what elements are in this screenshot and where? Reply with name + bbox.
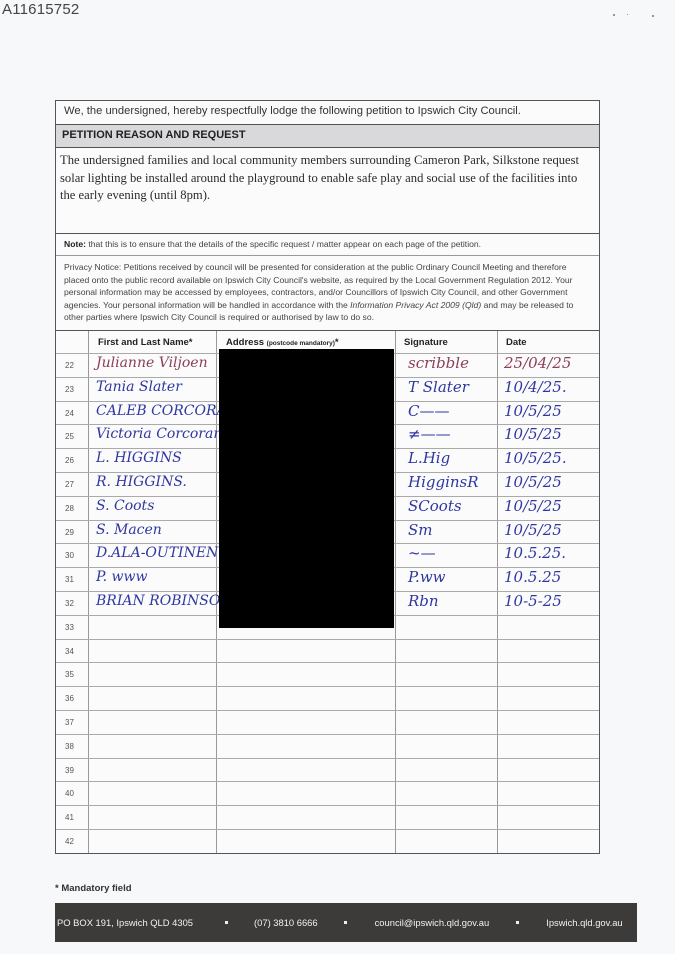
- signer-name: BRIAN ROBINSON: [96, 593, 233, 609]
- signer-signature: T Slater: [408, 378, 469, 396]
- header-address-star: *: [335, 337, 339, 348]
- row-number: 36: [65, 694, 81, 703]
- signer-name: Julianne Viljoen: [96, 355, 208, 371]
- mandatory-field-note: * Mandatory field: [55, 883, 132, 894]
- header-address-note: (postcode mandatory): [267, 340, 335, 347]
- row-number: 35: [65, 670, 81, 679]
- signer-name: D.ALA-OUTINEN: [96, 545, 218, 561]
- bullet-icon: [344, 921, 347, 924]
- privacy-notice: Privacy Notice: Petitions received by co…: [56, 256, 599, 331]
- row-number: 27: [65, 480, 81, 489]
- row-number: 33: [65, 623, 81, 632]
- row-number: 31: [65, 575, 81, 584]
- row-number: 34: [65, 647, 81, 656]
- column-divider: [497, 331, 498, 853]
- scan-artifact: [613, 14, 615, 16]
- signer-signature: ~—: [408, 544, 436, 562]
- header-signature: Signature: [404, 337, 448, 348]
- header-date: Date: [506, 337, 527, 348]
- row-number: 37: [65, 718, 81, 727]
- signing-date: 25/04/25: [504, 354, 571, 372]
- signer-name: S. Macen: [96, 522, 162, 538]
- row-number: 39: [65, 766, 81, 775]
- signing-date: 10/5/25: [504, 521, 562, 539]
- footer-phone: (07) 3810 6666: [254, 917, 318, 928]
- signer-signature: scribble: [408, 354, 469, 372]
- row-number: 24: [65, 409, 81, 418]
- row-number: 25: [65, 432, 81, 441]
- row-number: 22: [65, 361, 81, 370]
- footer-bar: PO BOX 191, Ipswich QLD 4305 (07) 3810 6…: [55, 903, 637, 942]
- footer-website[interactable]: Ipswich.qld.gov.au: [546, 917, 622, 928]
- note-label: Note:: [64, 239, 86, 249]
- column-divider: [88, 331, 89, 853]
- document-id: A11615752: [2, 1, 79, 18]
- signer-name: P. www: [96, 569, 147, 585]
- row-divider: [56, 686, 599, 687]
- signing-date: 10/4/25.: [504, 378, 567, 396]
- petition-intro: We, the undersigned, hereby respectfully…: [56, 101, 599, 125]
- signer-name: Victoria Corcoran: [96, 426, 222, 442]
- header-address: Address (postcode mandatory)*: [226, 337, 339, 348]
- row-number: 28: [65, 504, 81, 513]
- signer-signature: ≠——: [408, 425, 451, 443]
- note-text: that this is to ensure that the details …: [86, 239, 481, 249]
- row-divider: [56, 781, 599, 782]
- petition-form: We, the undersigned, hereby respectfully…: [55, 100, 600, 854]
- footer-address: PO BOX 191, Ipswich QLD 4305: [57, 917, 193, 928]
- signer-signature: Sm: [408, 521, 433, 539]
- signer-signature: P.ww: [408, 568, 446, 586]
- row-divider: [56, 662, 599, 663]
- header-name: First and Last Name*: [98, 337, 193, 348]
- signing-date: 10/5/25: [504, 402, 562, 420]
- row-number: 41: [65, 813, 81, 822]
- signing-date: 10/5/25: [504, 497, 562, 515]
- signer-name: Tania Slater: [96, 379, 182, 395]
- row-divider: [56, 758, 599, 759]
- column-divider: [395, 331, 396, 853]
- row-number: 23: [65, 385, 81, 394]
- signing-date: 10/5/25: [504, 425, 562, 443]
- petition-note: Note: that this is to ensure that the de…: [56, 234, 599, 256]
- signer-signature: C——: [408, 402, 449, 420]
- scan-artifact: [627, 14, 628, 15]
- signing-date: 10.5.25: [504, 568, 561, 586]
- row-number: 40: [65, 789, 81, 798]
- row-divider: [56, 639, 599, 640]
- row-number: 42: [65, 837, 81, 846]
- signer-name: CALEB CORCORAN: [96, 403, 239, 419]
- header-address-label: Address: [226, 337, 264, 348]
- privacy-act-name: Information Privacy Act 2009 (Qld): [350, 300, 481, 310]
- signer-name: L. HIGGINS: [96, 450, 182, 466]
- row-divider: [56, 805, 599, 806]
- row-number: 29: [65, 528, 81, 537]
- footer-email[interactable]: council@ipswich.qld.gov.au: [375, 917, 490, 928]
- row-number: 30: [65, 551, 81, 560]
- signer-signature: HigginsR: [408, 473, 479, 491]
- bullet-icon: [225, 921, 228, 924]
- bullet-icon: [516, 921, 519, 924]
- row-divider: [56, 734, 599, 735]
- signing-date: 10.5.25.: [504, 544, 566, 562]
- address-redaction: [219, 349, 394, 628]
- row-number: 26: [65, 456, 81, 465]
- signer-name: R. HIGGINS.: [96, 474, 187, 490]
- row-divider: [56, 829, 599, 830]
- signer-signature: L.Hig: [408, 449, 450, 467]
- signing-date: 10-5-25: [504, 592, 562, 610]
- row-number: 32: [65, 599, 81, 608]
- scan-artifact: [652, 15, 654, 17]
- section-title: PETITION REASON AND REQUEST: [56, 125, 599, 148]
- signer-signature: SCoots: [408, 497, 462, 515]
- row-number: 38: [65, 742, 81, 751]
- signing-date: 10/5/25: [504, 473, 562, 491]
- signer-signature: Rbn: [408, 592, 439, 610]
- signer-name: S. Coots: [96, 498, 154, 514]
- signing-date: 10/5/25.: [504, 449, 567, 467]
- row-divider: [56, 710, 599, 711]
- petition-request-text: The undersigned families and local commu…: [56, 148, 599, 234]
- signature-table: First and Last Name* Address (postcode m…: [56, 331, 599, 853]
